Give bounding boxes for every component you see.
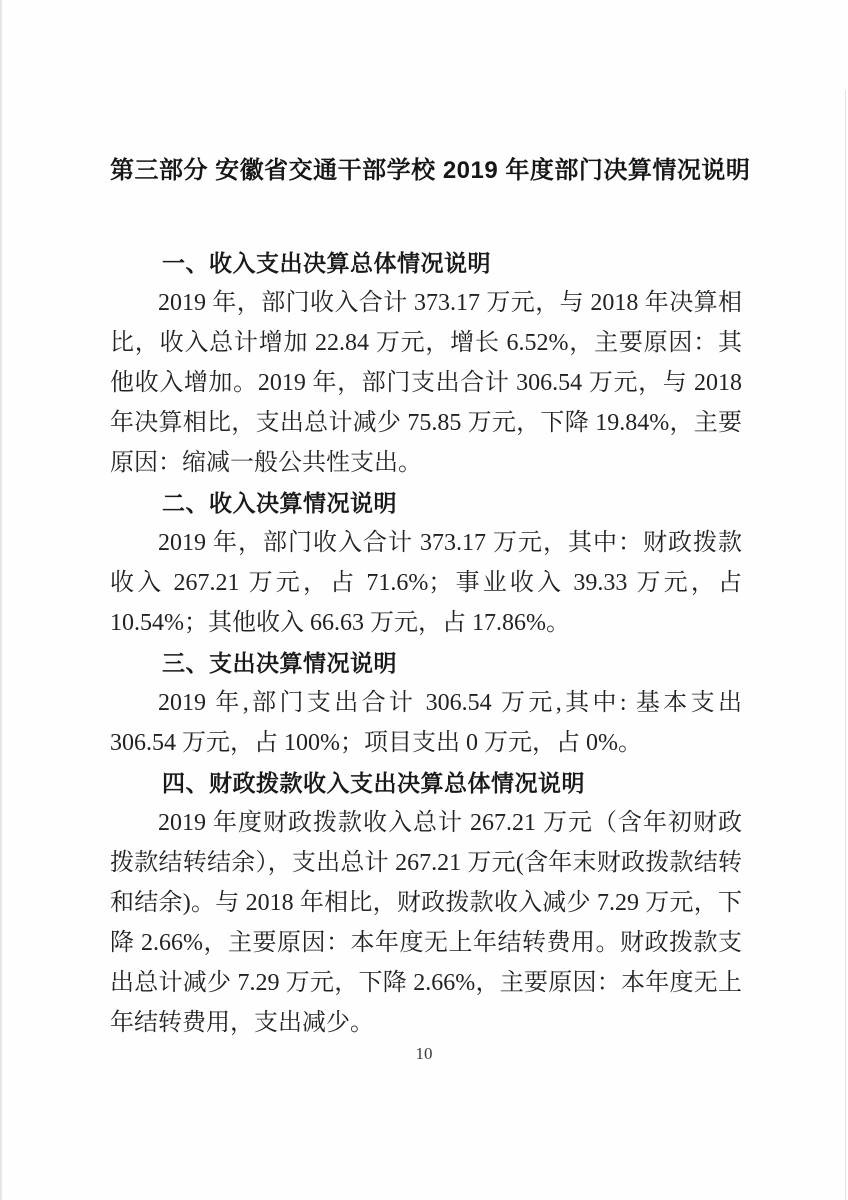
document-page: 第三部分 安徽省交通干部学校 2019 年度部门决算情况说明 一、收入支出决算总… — [0, 0, 848, 1200]
section-heading-3: 三、支出决算情况说明 — [110, 643, 742, 683]
section-paragraph-1: 2019 年，部门收入合计 373.17 万元，与 2018 年决算相比，收入总… — [110, 283, 742, 483]
section-paragraph-4: 2019 年度财政拨款收入总计 267.21 万元（含年初财政拨款结转结余），支… — [110, 803, 742, 1043]
section-heading-1: 一、收入支出决算总体情况说明 — [110, 243, 742, 283]
scan-edge-left-artifact — [0, 0, 3, 1200]
section-heading-4: 四、财政拨款收入支出决算总体情况说明 — [110, 763, 742, 803]
page-number: 10 — [0, 1044, 848, 1064]
section-paragraph-3: 2019 年,部门支出合计 306.54 万元,其中: 基本支出 306.54 … — [110, 683, 742, 763]
document-title: 第三部分 安徽省交通干部学校 2019 年度部门决算情况说明 — [110, 155, 742, 186]
section-paragraph-2: 2019 年，部门收入合计 373.17 万元，其中：财政拨款收入 267.21… — [110, 523, 742, 643]
scan-edge-right-artifact — [845, 90, 846, 1200]
document-content: 第三部分 安徽省交通干部学校 2019 年度部门决算情况说明 一、收入支出决算总… — [110, 155, 742, 1043]
section-heading-2: 二、收入决算情况说明 — [110, 483, 742, 523]
